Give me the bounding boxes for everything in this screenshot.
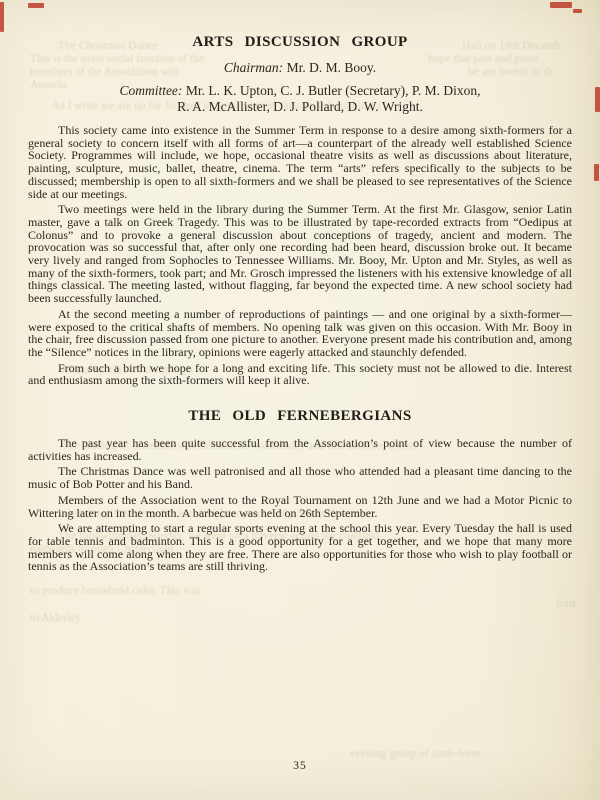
bleed-through-text: to Alderley xyxy=(30,612,81,624)
paragraph: The Christmas Dance was well patronised … xyxy=(28,465,572,490)
bleed-through-text: to produce household cider. This was xyxy=(30,585,201,597)
red-scan-mark xyxy=(595,87,600,112)
fernebergians-section-title: THE OLD FERNEBERGIANS xyxy=(28,408,572,425)
paragraph: Members of the Association went to the R… xyxy=(28,494,572,519)
bleed-through-text: ford xyxy=(556,598,575,610)
arts-section-title: ARTS DISCUSSION GROUP xyxy=(28,34,572,51)
paragraph: From such a birth we hope for a long and… xyxy=(28,362,572,387)
arts-section-body: This society came into existence in the … xyxy=(28,124,572,387)
committee-lines: Committee: Mr. L. K. Upton, C. J. Butler… xyxy=(28,83,572,115)
red-scan-mark xyxy=(550,2,572,8)
section-arts-discussion-group: ARTS DISCUSSION GROUP Chairman: Mr. D. M… xyxy=(28,34,572,387)
red-scan-mark xyxy=(573,9,582,13)
chairman-label: Chairman: xyxy=(224,60,283,75)
page-number: 35 xyxy=(0,760,600,772)
red-scan-mark xyxy=(28,3,44,8)
chairman-line: Chairman: Mr. D. M. Booy. xyxy=(28,60,572,76)
chairman-name: Mr. D. M. Booy. xyxy=(287,60,377,75)
committee-members-1: Mr. L. K. Upton, C. J. Butler (Secretary… xyxy=(186,83,481,98)
scanned-book-page: The Christmas DanceHall on 18th DecembTh… xyxy=(0,0,600,800)
paragraph: We are attempting to start a regular spo… xyxy=(28,522,572,573)
red-scan-mark xyxy=(0,2,4,32)
committee-line-2: R. A. McAllister, D. J. Pollard, D. W. W… xyxy=(28,99,572,115)
paragraph: The past year has been quite successful … xyxy=(28,437,572,462)
red-scan-mark xyxy=(594,164,599,181)
paragraph: This society came into existence in the … xyxy=(28,124,572,200)
fernebergians-section-body: The past year has been quite successful … xyxy=(28,437,572,573)
committee-label: Committee: xyxy=(119,83,182,98)
section-old-fernebergians: THE OLD FERNEBERGIANS The past year has … xyxy=(28,408,572,573)
bleed-through-text: evening group of sixth-form xyxy=(350,748,480,760)
paragraph: Two meetings were held in the library du… xyxy=(28,203,572,305)
committee-line-1: Committee: Mr. L. K. Upton, C. J. Butler… xyxy=(28,83,572,99)
paragraph: At the second meeting a number of reprod… xyxy=(28,308,572,359)
